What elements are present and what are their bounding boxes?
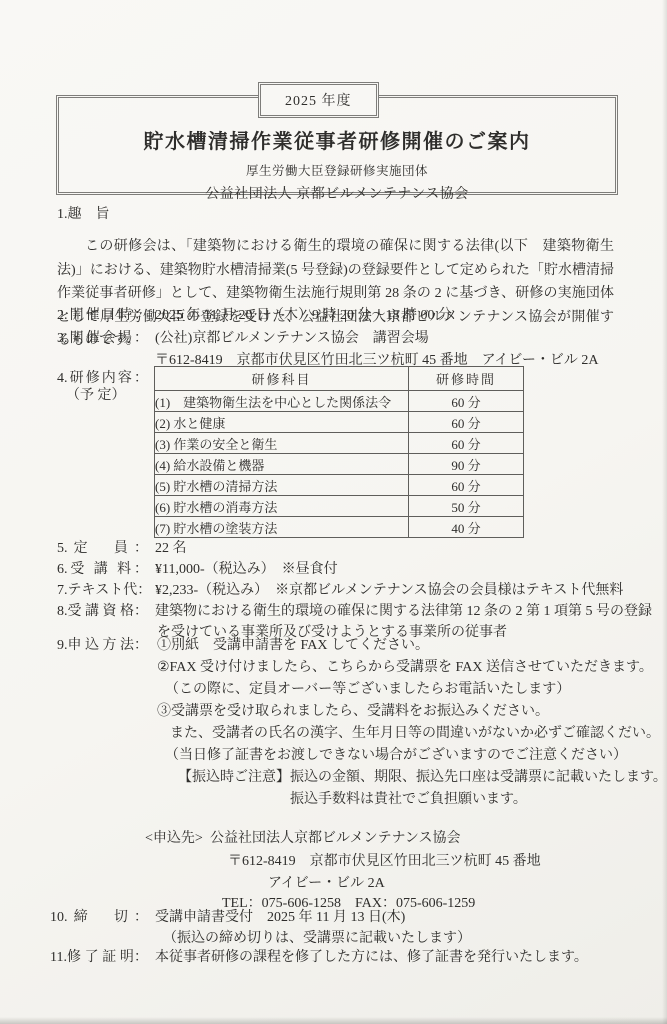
subject-cell: (2) 水と健康 — [155, 412, 409, 433]
org-registration-type: 厚生労働大臣登録研修実施団体 — [59, 161, 615, 179]
apply-to-label: <申込先> — [145, 827, 203, 847]
application-step-3-check: また、受講者の氏名の漢字、生年月日等の間違いがないか必ずご確認くだい。 — [170, 722, 660, 742]
item-application-label: 9.申 込 方 法： — [57, 634, 148, 654]
item-textbook-fee-value: ¥2,233-（税込み） ※京都ビルメンテナンス協会の会員様はテキスト代無料 — [155, 583, 623, 598]
apply-to-address2: アイビー・ビル 2A — [268, 872, 385, 892]
subject-cell: (7) 貯水槽の塗装方法 — [155, 517, 409, 538]
table-row: (7) 貯水槽の塗装方法40 分 — [155, 517, 524, 538]
item-eligibility-line1: 建築物における衛生的環境の確保に関する法律第 12 条の 2 第 1 項第 5 … — [155, 604, 652, 619]
item-venue: 3.開催会場：(公社)京都ビルメンテナンス協会 講習会場 — [57, 327, 429, 347]
curriculum-note: （予 定） — [66, 384, 126, 404]
item-certificate: 11.修 了 証 明：本従事者研修の課程を修了した方には、修了証書を発行いたしま… — [50, 946, 588, 966]
curriculum-header-row: 研修科目 研修時間 — [155, 367, 524, 391]
item-date-label: 2.開催日時： — [57, 304, 148, 324]
item-deadline-label: 10.締 切： — [50, 906, 148, 926]
application-step-2-note: （この際に、定員オーバー等ございましたらお電話いたします） — [165, 678, 570, 698]
subject-cell: (1) 建築物衛生法を中心とした関係法令 — [155, 391, 409, 412]
fiscal-year-badge: 2025 年度 — [258, 82, 379, 118]
item-certificate-label: 11.修 了 証 明： — [50, 946, 148, 966]
item-deadline-note: （振込の締め切りは、受講票に記載いたします） — [163, 927, 471, 947]
item-venue-label: 3.開催会場： — [57, 327, 148, 347]
apply-to-org: 公益社団法人京都ビルメンテナンス協会 — [210, 827, 460, 847]
application-step-1: ①別紙 受講申請書を FAX してください。 — [157, 634, 429, 654]
time-cell: 60 分 — [409, 475, 524, 496]
table-row: (5) 貯水槽の清掃方法60 分 — [155, 475, 524, 496]
item-fee: 6.受 講 料：¥11,000-（税込み） ※昼食付 — [57, 558, 338, 578]
time-cell: 60 分 — [409, 391, 524, 412]
item-venue-value: (公社)京都ビルメンテナンス協会 講習会場 — [155, 331, 429, 346]
time-cell: 60 分 — [409, 433, 524, 454]
time-cell: 50 分 — [409, 496, 524, 517]
table-row: (4) 給水設備と機器90 分 — [155, 454, 524, 475]
table-row: (6) 貯水槽の消毒方法50 分 — [155, 496, 524, 517]
subject-cell: (6) 貯水槽の消毒方法 — [155, 496, 409, 517]
curriculum-header-time: 研修時間 — [409, 367, 524, 391]
item-date-value: 2025 年 11 月 20 日（木）9 時 20 分～18 時 00 分 — [155, 308, 452, 323]
item-certificate-value: 本従事者研修の課程を修了した方には、修了証書を発行いたします。 — [155, 950, 588, 965]
subject-cell: (4) 給水設備と機器 — [155, 454, 409, 475]
item-fee-value: ¥11,000-（税込み） ※昼食付 — [155, 562, 338, 577]
subject-cell: (5) 貯水槽の清掃方法 — [155, 475, 409, 496]
scanned-document-page: 貯水槽清掃作業従事者研修開催のご案内 厚生労働大臣登録研修実施団体 公益社団法人… — [0, 0, 667, 1024]
transfer-notice-line2: 振込手数料は貴社でご負担願います。 — [290, 788, 527, 808]
item-capacity-label: 5.定 員： — [57, 537, 148, 557]
subject-cell: (3) 作業の安全と衛生 — [155, 433, 409, 454]
transfer-notice-text1: 振込の金額、期限、振込先口座は受講票に記載いたします。 — [290, 770, 667, 785]
application-step-2: ②FAX 受け付けましたら、こちらから受講票を FAX 送信させていただきます。 — [157, 656, 653, 676]
time-cell: 60 分 — [409, 412, 524, 433]
curriculum-header-subject: 研修科目 — [155, 367, 409, 391]
time-cell: 40 分 — [409, 517, 524, 538]
item-eligibility: 8.受 講 資 格：建築物における衛生的環境の確保に関する法律第 12 条の 2… — [57, 600, 652, 620]
item-deadline: 10.締 切：受講申請書受付 2025 年 11 月 13 日(木) — [50, 906, 405, 926]
item-textbook-fee-label: 7.テキスト代： — [57, 579, 148, 599]
item-deadline-value: 受講申請書受付 2025 年 11 月 13 日(木) — [155, 910, 405, 925]
application-step-3-caution: （当日修了証書をお渡しできない場合がございますのでご注意ください） — [165, 744, 627, 764]
item-fee-label: 6.受 講 料： — [57, 558, 148, 578]
item-capacity-value: 22 名 — [155, 541, 187, 556]
apply-to-address1: 〒612-8419 京都市伏見区竹田北三ツ杭町 45 番地 — [228, 850, 541, 870]
purpose-heading: 1.趣 旨 — [57, 203, 110, 223]
transfer-notice-line1: 【振込時ご注意】振込の金額、期限、振込先口座は受講票に記載いたします。 — [178, 766, 667, 786]
curriculum-table: 研修科目 研修時間 (1) 建築物衛生法を中心とした関係法令60 分 (2) 水… — [154, 366, 524, 538]
item-capacity: 5.定 員：22 名 — [57, 537, 187, 557]
time-cell: 90 分 — [409, 454, 524, 475]
item-date: 2.開催日時：2025 年 11 月 20 日（木）9 時 20 分～18 時 … — [57, 304, 452, 324]
item-textbook-fee: 7.テキスト代：¥2,233-（税込み） ※京都ビルメンテナンス協会の会員様はテ… — [57, 579, 623, 599]
item-application: 9.申 込 方 法： — [57, 634, 148, 654]
table-row: (1) 建築物衛生法を中心とした関係法令60 分 — [155, 391, 524, 412]
document-title: 貯水槽清掃作業従事者研修開催のご案内 — [59, 125, 615, 154]
org-name: 公益社団法人 京都ビルメンテナンス協会 — [59, 183, 615, 203]
item-eligibility-label: 8.受 講 資 格： — [57, 600, 148, 620]
table-row: (3) 作業の安全と衛生60 分 — [155, 433, 524, 454]
transfer-notice-label: 【振込時ご注意】 — [178, 770, 290, 785]
table-row: (2) 水と健康60 分 — [155, 412, 524, 433]
application-step-3: ③受講票を受け取られましたら、受講料をお振込みください。 — [157, 700, 549, 720]
